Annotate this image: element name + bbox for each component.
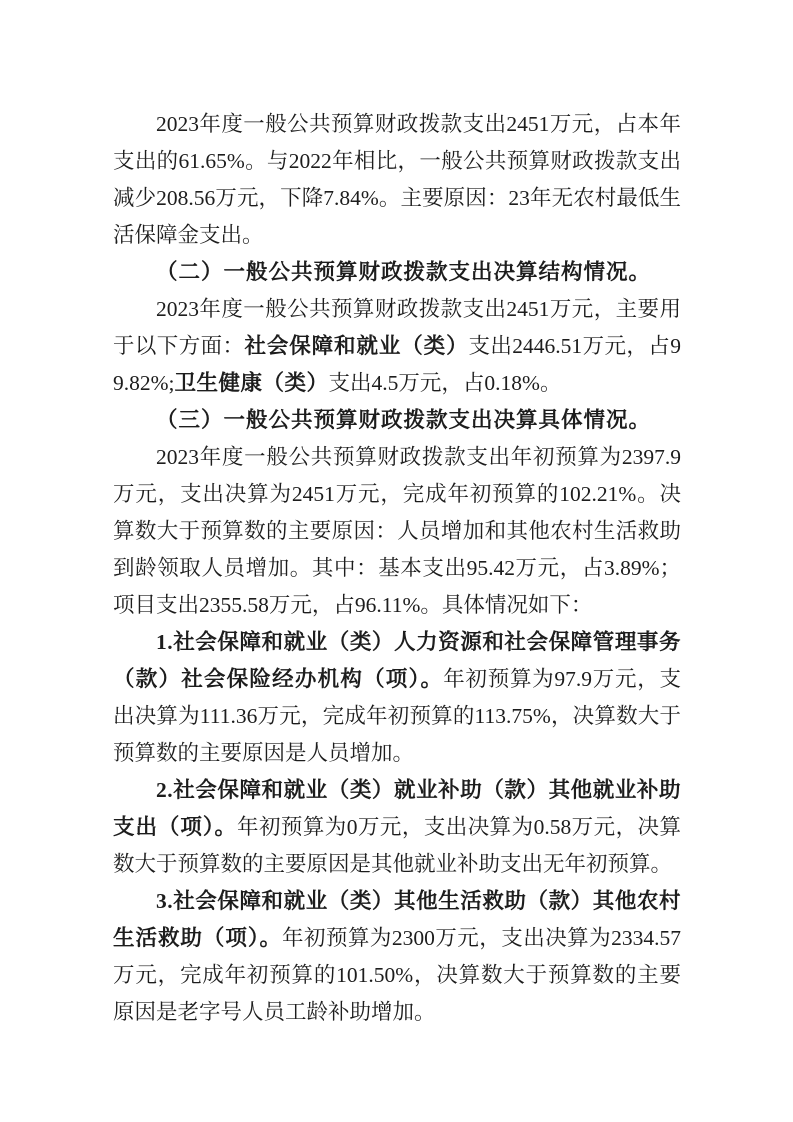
text-segment: 社会保障和就业（类）: [244, 334, 468, 358]
text-segment: （三）一般公共预算财政拨款支出决算具体情况。: [156, 408, 651, 432]
section-heading-2: （二）一般公共预算财政拨款支出决算结构情况。: [113, 254, 681, 291]
intro-expenditure-paragraph: 2023年度一般公共预算财政拨款支出2451万元，占本年支出的61.65%。与2…: [113, 106, 681, 254]
structure-paragraph: 2023年度一般公共预算财政拨款支出2451万元，主要用于以下方面：社会保障和就…: [113, 291, 681, 402]
text-segment: 卫生健康（类）: [175, 371, 329, 395]
text-segment: 2023年度一般公共预算财政拨款支出2451万元，占本年支出的61.65%。与2…: [113, 112, 681, 247]
document-page: 2023年度一般公共预算财政拨款支出2451万元，占本年支出的61.65%。与2…: [0, 0, 793, 1122]
text-segment: （二）一般公共预算财政拨款支出决算结构情况。: [156, 260, 651, 284]
item-2-paragraph: 2.社会保障和就业（类）就业补助（款）其他就业补助支出（项）。年初预算为0万元，…: [113, 772, 681, 883]
detail-overview-paragraph: 2023年度一般公共预算财政拨款支出年初预算为2397.9万元，支出决算为245…: [113, 439, 681, 624]
item-3-paragraph: 3.社会保障和就业（类）其他生活救助（款）其他农村生活救助（项）。年初预算为23…: [113, 883, 681, 1031]
document-body: 2023年度一般公共预算财政拨款支出2451万元，占本年支出的61.65%。与2…: [113, 106, 681, 1031]
text-segment: 支出4.5万元，占0.18%。: [329, 371, 562, 395]
text-segment: 2023年度一般公共预算财政拨款支出年初预算为2397.9万元，支出决算为245…: [113, 445, 681, 617]
section-heading-3: （三）一般公共预算财政拨款支出决算具体情况。: [113, 402, 681, 439]
item-1-paragraph: 1.社会保障和就业（类）人力资源和社会保障管理事务（款）社会保险经办机构（项）。…: [113, 624, 681, 772]
